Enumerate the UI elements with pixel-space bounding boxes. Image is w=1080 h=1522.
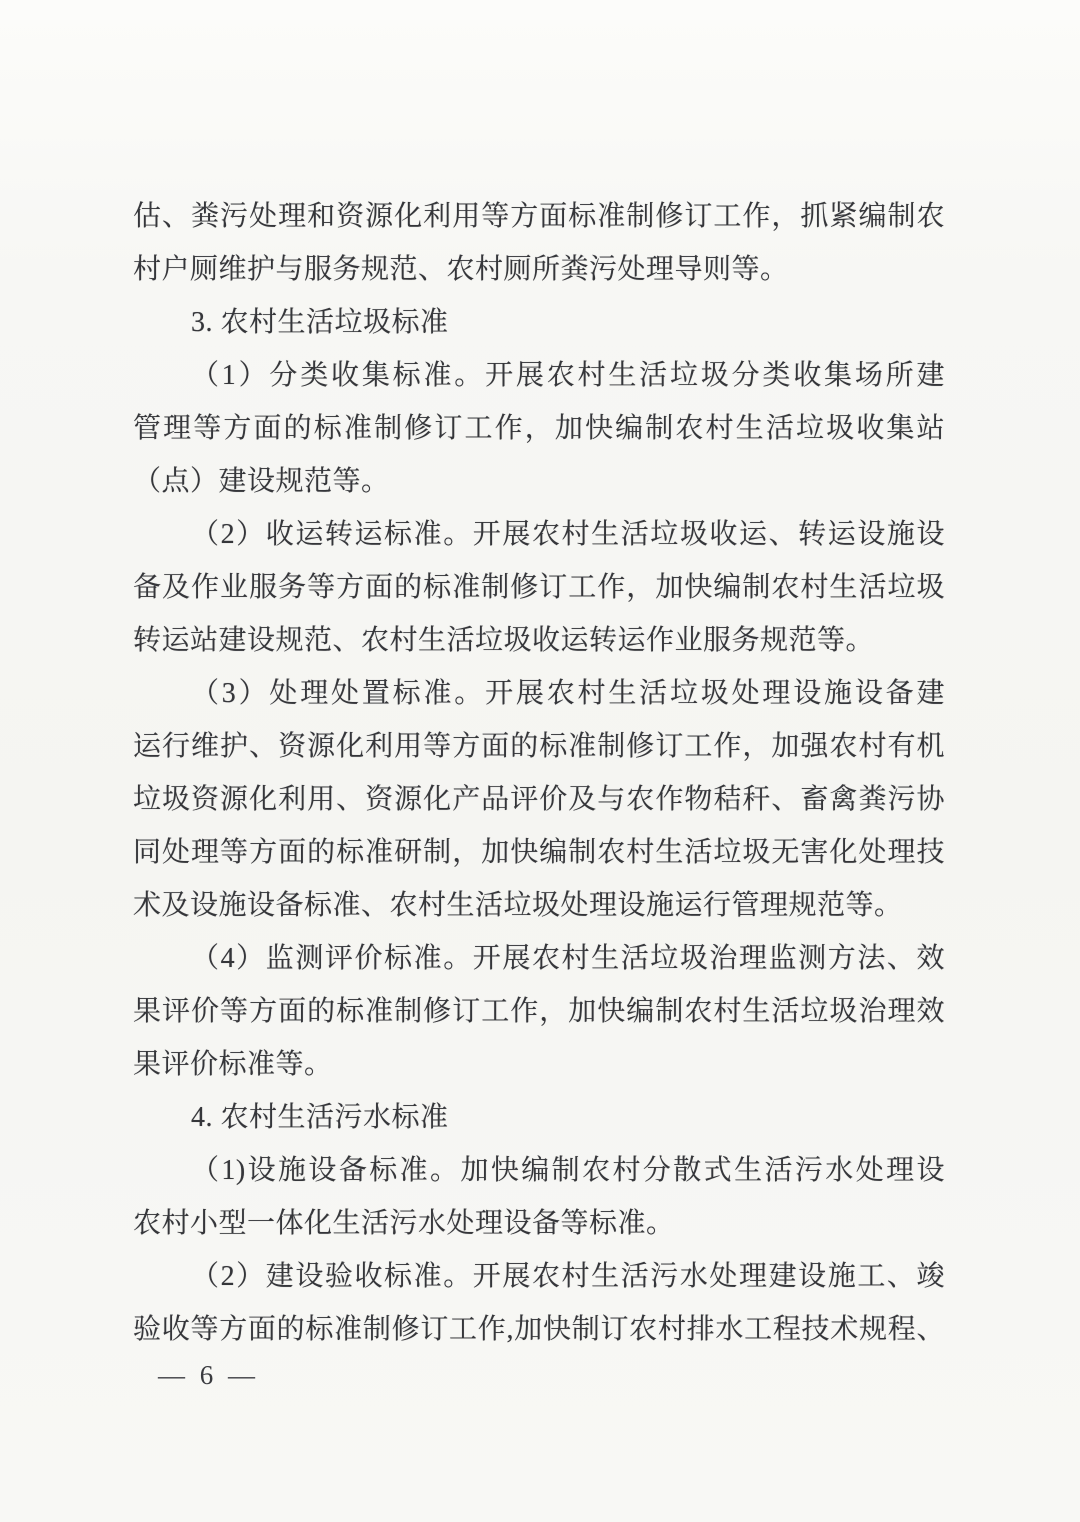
text-line: 同处理等方面的标准研制，加快编制农村生活垃圾无害化处理技 — [133, 826, 945, 879]
text-line: （3）处理处置标准。开展农村生活垃圾处理设施设备建设、 — [133, 667, 945, 720]
text-line: 术及设施设备标准、农村生活垃圾处理设施运行管理规范等。 — [133, 879, 945, 932]
text-line: （点）建设规范等。 — [133, 455, 945, 508]
section-heading-3: 3. 农村生活垃圾标准 — [133, 296, 945, 349]
text-line: （2）收运转运标准。开展农村生活垃圾收运、转运设施设 — [133, 508, 945, 561]
text-line: （2）建设验收标准。开展农村生活污水处理建设施工、竣工 — [133, 1250, 945, 1303]
text-line: 管理等方面的标准制修订工作，加快编制农村生活垃圾收集站 — [133, 402, 945, 455]
text-line: 垃圾资源化利用、资源化产品评价及与农作物秸秆、畜禽粪污协 — [133, 773, 945, 826]
text-line: （1)设施设备标准。加快编制农村分散式生活污水处理设施、 — [133, 1144, 945, 1197]
text-line: 转运站建设规范、农村生活垃圾收运转运作业服务规范等。 — [133, 614, 945, 667]
text-line: （4）监测评价标准。开展农村生活垃圾治理监测方法、效 — [133, 932, 945, 985]
text-line: 果评价标准等。 — [133, 1038, 945, 1091]
text-line: 估、粪污处理和资源化利用等方面标准制修订工作，抓紧编制农 — [133, 190, 945, 243]
document-page: 估、粪污处理和资源化利用等方面标准制修订工作，抓紧编制农 村户厕维护与服务规范、… — [0, 0, 1080, 1522]
section-heading-4: 4. 农村生活污水标准 — [133, 1091, 945, 1144]
text-line: 果评价等方面的标准制修订工作，加快编制农村生活垃圾治理效 — [133, 985, 945, 1038]
text-line: 运行维护、资源化利用等方面的标准制修订工作，加强农村有机 — [133, 720, 945, 773]
text-line: （1）分类收集标准。开展农村生活垃圾分类收集场所建设、 — [133, 349, 945, 402]
document-body: 估、粪污处理和资源化利用等方面标准制修订工作，抓紧编制农 村户厕维护与服务规范、… — [133, 190, 945, 1356]
text-line: 备及作业服务等方面的标准制修订工作，加快编制农村生活垃圾 — [133, 561, 945, 614]
text-line: 农村小型一体化生活污水处理设备等标准。 — [133, 1197, 945, 1250]
text-line: 村户厕维护与服务规范、农村厕所粪污处理导则等。 — [133, 243, 945, 296]
page-number: — 6 — — [158, 1349, 259, 1401]
